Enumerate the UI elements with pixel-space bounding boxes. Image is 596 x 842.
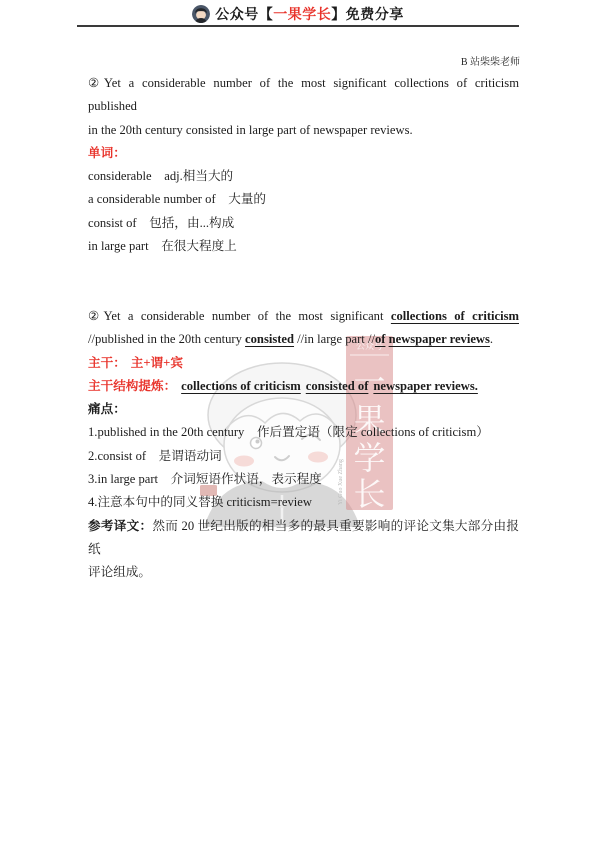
vocab-label: 单词： [88,142,519,165]
vocab-item: in large part 在很大程度上 [88,235,519,258]
analysis-text: . [490,332,493,346]
blank-line [88,258,519,281]
header-title: 公众号【一果学长】免费分享 [215,4,404,24]
translation-label: 参考译文： [88,519,152,533]
document-page: 公众号【一果学长】免费分享 B 站柴柴老师 公众号 一 果 学 [0,0,596,842]
analysis-text: //in large part // [294,332,375,346]
header-title-suffix: 】免费分享 [331,7,404,23]
byline: B 站柴柴老师 [461,53,520,68]
translation-text: 然而 20 世纪出版的相当多的最具重要影响的评论文集大部分由报纸 [88,519,519,556]
translation-line-1: 参考译文：然而 20 世纪出版的相当多的最具重要影响的评论文集大部分由报纸 [88,515,519,562]
sentence1-line-1: ②Yet a considerable number of the most s… [88,72,519,119]
analysis-line-2: //published in the 20th century consiste… [88,328,519,351]
document-body: ②Yet a considerable number of the most s… [88,72,519,585]
refine-label: 主干结构提炼： [88,379,176,393]
refine-segment: collections of criticism [181,379,301,393]
header-title-prefix: 公众号【 [215,7,273,23]
vocab-item: considerable adj.相当大的 [88,165,519,188]
analysis-line-1: ②Yet a considerable number of the most s… [88,305,519,328]
analysis-highlight: consisted [245,332,294,346]
mainline-label: 主干： [88,356,126,370]
structure-refine-row: 主干结构提炼：collections of criticismconsisted… [88,375,519,398]
analysis-text: ②Yet a considerable number of the most s… [88,309,391,323]
header-inner: 公众号【一果学长】免费分享 [0,4,596,24]
pain-point-item: 3.in large part 介词短语作状语，表示程度 [88,468,519,491]
analysis-text: //published in the 20th century [88,332,245,346]
refine-segment: consisted of [306,379,369,393]
header-brand: 一果学长 [273,7,331,23]
analysis-highlight: collections of criticism [391,309,519,323]
pain-point-item: 2.consist of 是谓语动词 [88,445,519,468]
refine-segment: newspaper reviews. [373,379,477,393]
vocab-item: a considerable number of 大量的 [88,188,519,211]
blank-line [88,282,519,305]
analysis-highlight: of [375,332,386,346]
translation-line-2: 评论组成。 [88,561,519,584]
pain-point-item: 1.published in the 20th century 作后置定语（限定… [88,421,519,444]
pain-point-item: 4.注意本句中的同义替换 criticism=review [88,491,519,514]
boy-avatar-icon [192,5,210,23]
mainline-row: 主干：主+谓+宾 [88,352,519,375]
header-divider [77,25,519,27]
mainline-value: 主+谓+宾 [131,356,183,370]
vocab-item: consist of 包括，由...构成 [88,212,519,235]
sentence1-line-2: in the 20th century consisted in large p… [88,119,519,142]
pain-points-label: 痛点： [88,398,519,421]
analysis-highlight: newspaper reviews [389,332,490,346]
